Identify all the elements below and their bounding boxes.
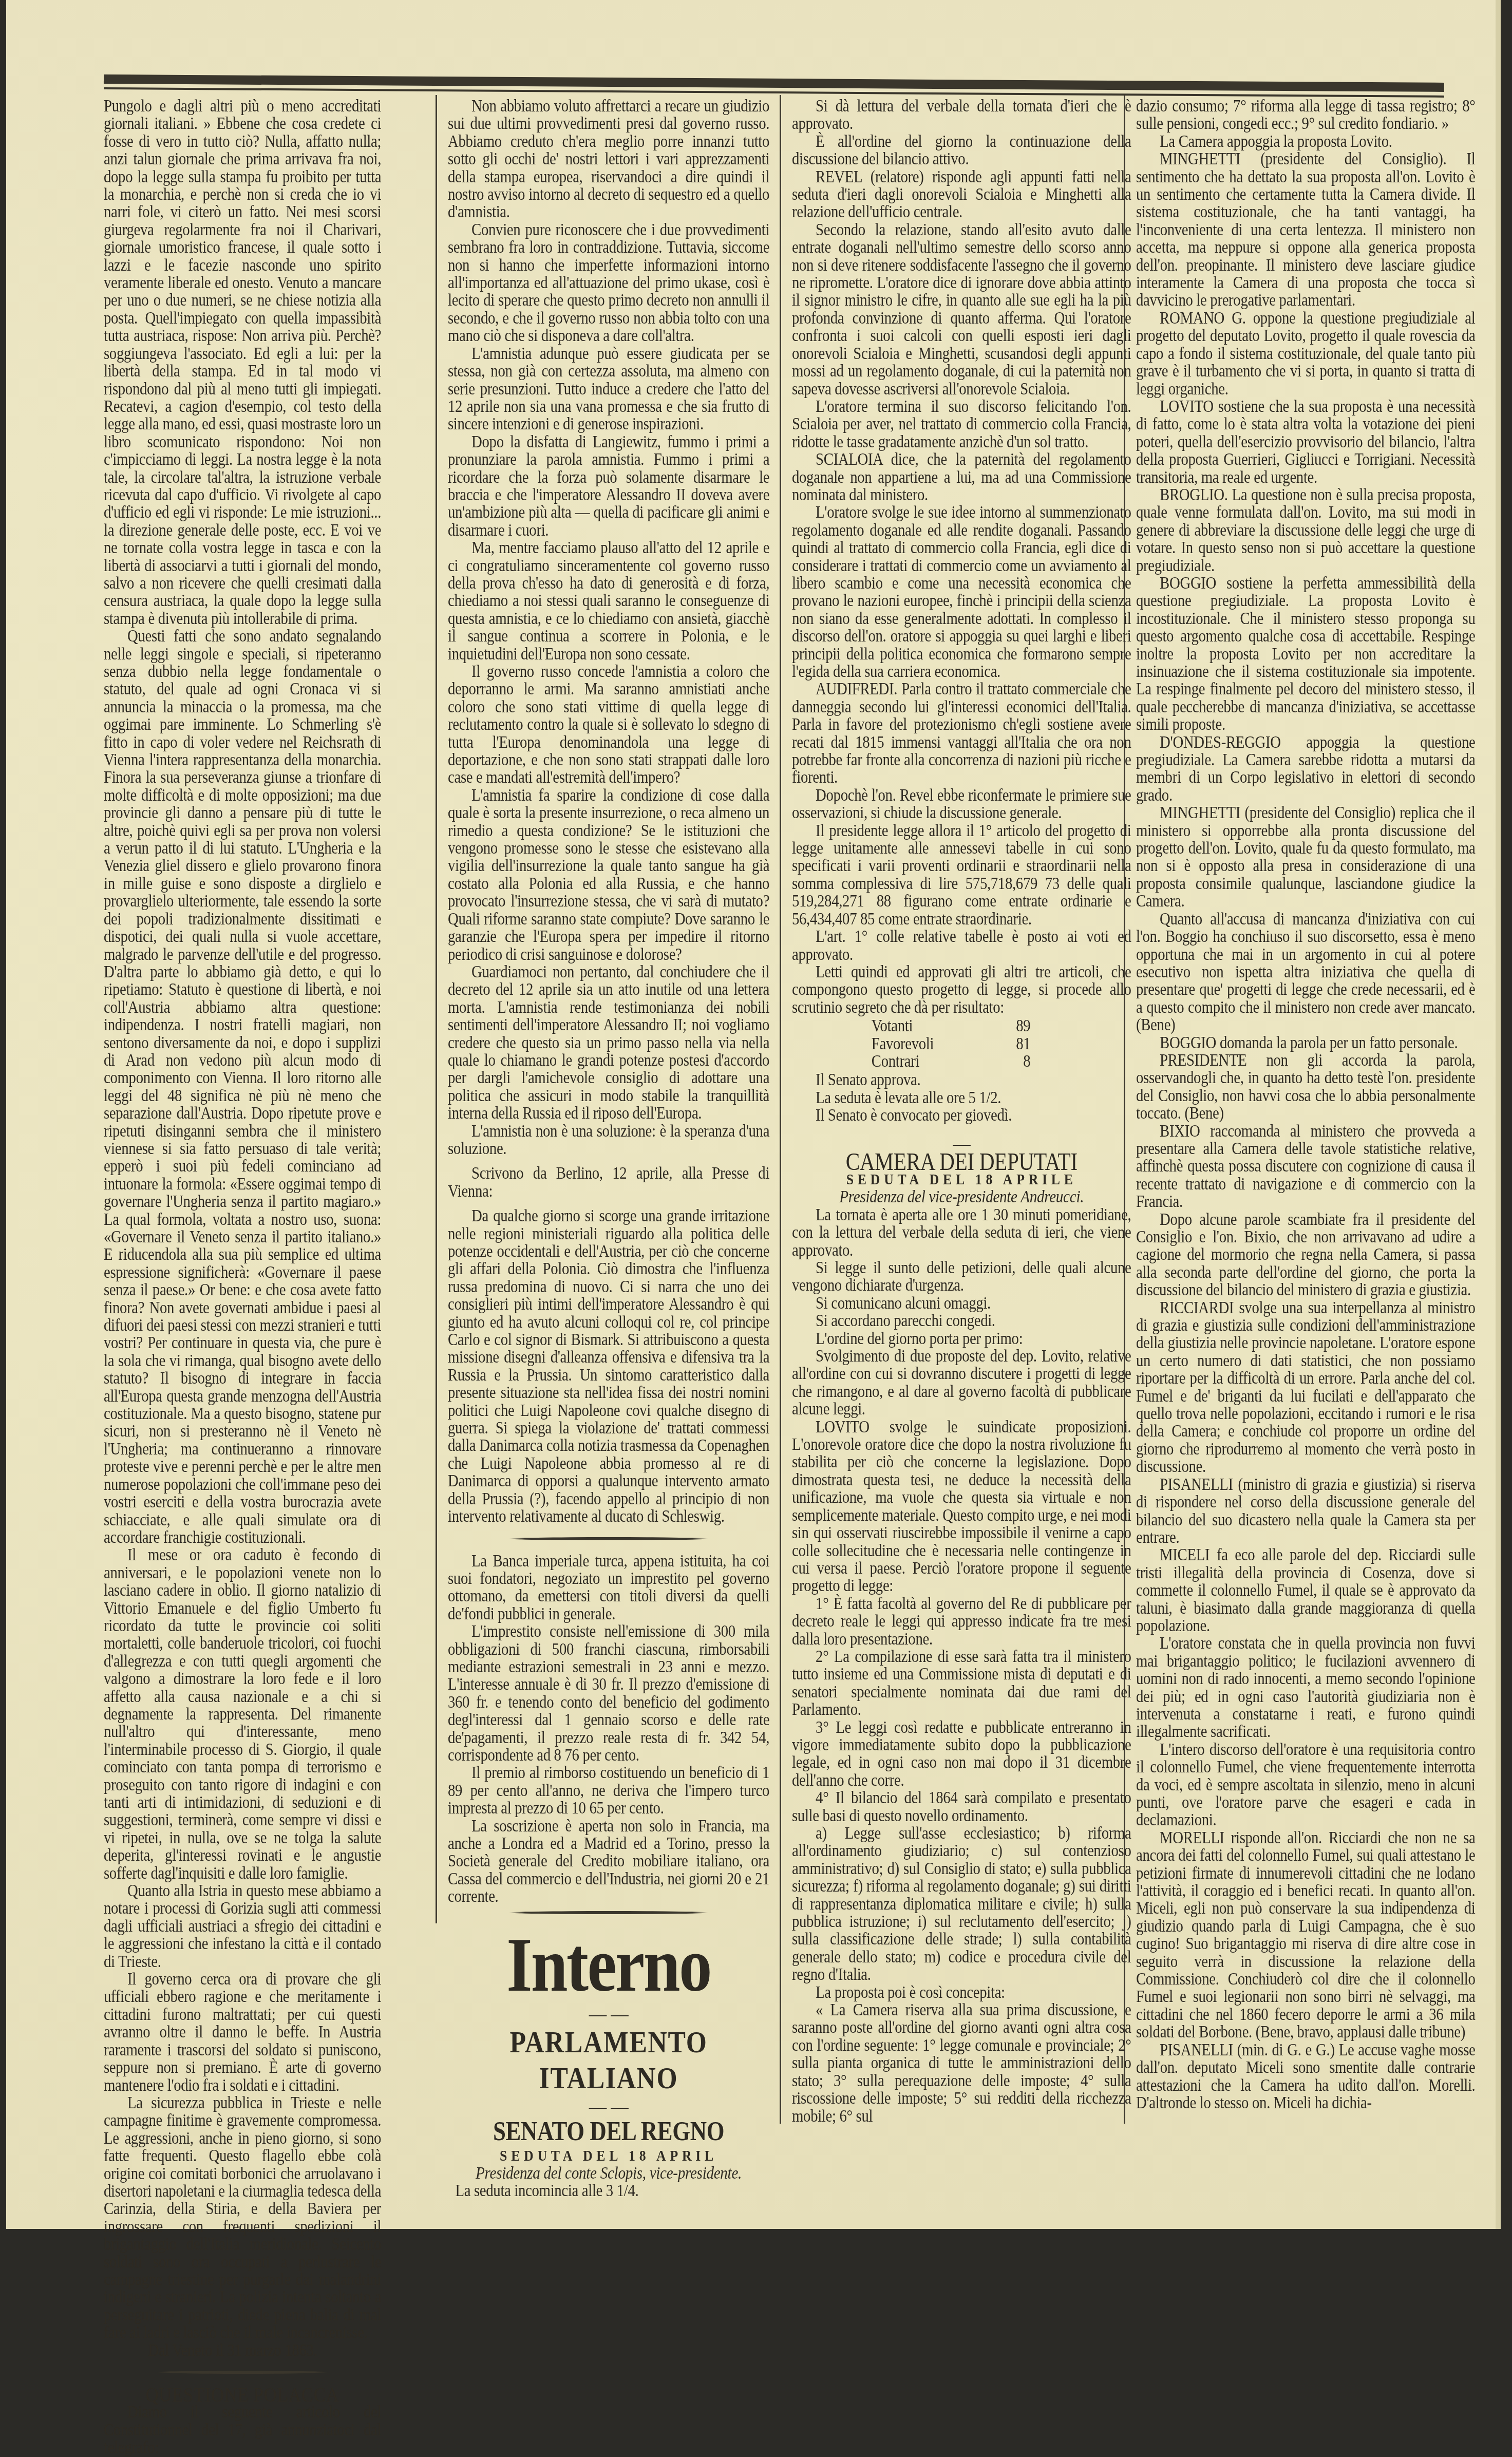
section-title-parlamento: PARLAMENTO ITALIANO (448, 2024, 769, 2096)
paragraph: SCIALOIA dice, che la paternità del rego… (792, 451, 1131, 504)
paragraph: Si comunicano alcuni omaggi. (792, 1295, 1131, 1312)
vote-value: 81 (1016, 1035, 1030, 1053)
paragraph: La soscrizione è aperta non solo in Fran… (448, 1818, 769, 1906)
vote-label: Favorevoli (872, 1035, 934, 1053)
paragraph: Pungolo e dagli altri più o meno accredi… (104, 98, 381, 628)
paragraph: L'amnistia fa sparire la condizione di c… (448, 787, 769, 963)
paragraph: BOGGIO sostiene la perfetta ammessibilit… (1136, 575, 1475, 734)
paragraph: La proposta poi è così concepita: (792, 1984, 1131, 2001)
camera-seduta-date: SEDUTA DEL 18 APRILE (792, 1171, 1131, 1188)
dash-ornament: — — (448, 2096, 769, 2116)
newspaper-page: Pungolo e dagli altri più o meno accredi… (6, 0, 1501, 2229)
paragraph: L'imprestito consiste nell'emissione di … (448, 1623, 769, 1764)
column-2: Non abbiamo voluto affrettarci a recare … (448, 98, 769, 1895)
paragraph: BROGLIO. La questione non è sulla precis… (1136, 486, 1475, 575)
paragraph: REVEL (relatore) risponde agli appunti f… (792, 168, 1131, 221)
paragraph: Convien pure riconoscere che i due provv… (448, 221, 769, 345)
vote-label: Votanti (872, 1017, 913, 1035)
paragraph: PISANELLI (ministro di grazia e giustizi… (1136, 1476, 1475, 1547)
paragraph: Il governo cerca ora di provare che gli … (104, 1971, 381, 2094)
paragraph: Il premio al rimborso costituendo un ben… (448, 1764, 769, 1817)
dash-ornament: — — (448, 2004, 769, 2024)
paragraph: 1° È fatta facoltà al governo del Re di … (792, 1595, 1131, 1648)
senato-start-time: La seduta incomincia alle 3 1/4. (448, 2182, 769, 2200)
column-1: Pungolo e dagli altri più o meno accredi… (104, 98, 381, 2229)
section-title-senato: SENATO DEL REGNO (448, 2116, 769, 2147)
paragraph: ROMANO G. oppone la questione pregiudizi… (1136, 310, 1475, 398)
paragraph: L'oratore termina il suo discorso felici… (792, 398, 1131, 451)
paragraph: L'amnistia non è una soluzione: è la spe… (448, 1123, 769, 1158)
vote-value: 89 (1016, 1017, 1030, 1035)
paragraph: Il presidente legge allora il 1° articol… (792, 822, 1131, 928)
paragraph: Il governo russo concede l'amnistia a co… (448, 663, 769, 787)
camera-presidenza: Presidenza del vice-presidente Andreucci… (792, 1188, 1131, 1206)
paragraph: Scrivono da Berlino, 12 aprile, alla Pre… (448, 1165, 769, 1200)
paragraph: LOVITO sostiene che la sua proposta è un… (1136, 398, 1475, 486)
paragraph: L'ordine del giorno porta per primo: (792, 1330, 1131, 1348)
paragraph: MINGHETTI (presidente del Consiglio) rep… (1136, 804, 1475, 910)
paragraph: PRESIDENTE non gli accorda la parola, os… (1136, 1052, 1475, 1123)
paragraph: L'intero discorso dell'oratore è una req… (1136, 1741, 1475, 1829)
paragraph: MORELLI risponde all'on. Ricciardi che n… (1136, 1829, 1475, 2042)
paragraph: Il Senato è convocato per giovedì. (792, 1107, 1131, 1124)
section-title-interno: Interno (448, 1926, 769, 2004)
paragraph: dazio consumo; 7° riforma alla legge di … (1136, 98, 1475, 133)
paragraph: La Camera appoggia la proposta Lovito. (1136, 133, 1475, 150)
paragraph: L'oratore svolge le sue idee intorno al … (792, 504, 1131, 681)
paragraph: MICELI fa eco alle parole del dep. Ricci… (1136, 1546, 1475, 1635)
vote-label: Contrari (872, 1053, 919, 1070)
paragraph: L'amnistia adunque può essere giudicata … (448, 345, 769, 433)
paragraph: BOGGIO domanda la parola per un fatto pe… (1136, 1034, 1475, 1052)
paragraph: 4° Il bilancio del 1864 sarà compilato e… (792, 1789, 1131, 1825)
paragraph: LOVITO svolge le suindicate proposizioni… (792, 1419, 1131, 1595)
paragraph: L'art. 1° colle relative tabelle è posto… (792, 928, 1131, 963)
paragraph: Si accordano parecchi congedi. (792, 1312, 1131, 1330)
paragraph: Quanto all'accusa di mancanza d'iniziati… (1136, 911, 1475, 1034)
column-divider (780, 95, 781, 2124)
paragraph: BIXIO raccomanda al ministero che provve… (1136, 1123, 1475, 1211)
paragraph: Quanto alla Istria in questo mese abbiam… (104, 1882, 381, 1971)
paragraph: PISANELLI (min. di G. e G.) Le accuse va… (1136, 2042, 1475, 2112)
paragraph: La sicurezza pubblica in Trieste e nelle… (104, 2094, 381, 2237)
paragraph: Il Senato approva. (792, 1071, 1131, 1089)
paragraph: 2° La compilazione di esse sarà fatta tr… (792, 1648, 1131, 1719)
paragraph: La Banca imperiale turca, appena istitui… (448, 1553, 769, 1623)
paragraph: Dopochè l'on. Revel ebbe riconfermate le… (792, 787, 1131, 822)
paragraph: Guardiamoci non pertanto, dal conchiuder… (448, 963, 769, 1123)
paragraph: Dopo la disfatta di Langiewitz, fummo i … (448, 433, 769, 539)
paragraph: D'ONDES-REGGIO appoggia la questione pre… (1136, 734, 1475, 805)
paragraph: Non abbiamo voluto affrettarci a recare … (448, 98, 769, 221)
paragraph: Il mese or ora caduto è fecondo di anniv… (104, 1546, 381, 1882)
paragraph: È all'ordine del giorno la continuazione… (792, 133, 1131, 168)
paragraph: 3° Le leggi così redatte e pubblicate en… (792, 1719, 1131, 1790)
paragraph: La seduta è levata alle ore 5 1/2. (792, 1089, 1131, 1107)
vote-value: 8 (1023, 1053, 1030, 1070)
paragraph: RICCIARDI svolge una sua interpellanza a… (1136, 1299, 1475, 1476)
paragraph: Si dà lettura del verbale della tornata … (792, 98, 1131, 133)
paragraph: AUDIFREDI. Parla contro il trattato comm… (792, 681, 1131, 786)
senato-presidenza: Presidenza del conte Sclopis, vice-presi… (448, 2165, 769, 2182)
paragraph: Secondo la relazione, stando all'esito a… (792, 221, 1131, 398)
paragraph: Dopo alcune parole scambiate fra il pres… (1136, 1211, 1475, 1299)
column-3: Si dà lettura del verbale della tornata … (792, 98, 1131, 2203)
vote-row: Contrari8 (872, 1053, 1031, 1070)
section-title-camera: CAMERA DEI DEPUTATI (792, 1154, 1131, 1171)
paragraph: Si legge il sunto delle petizioni, delle… (792, 1259, 1131, 1295)
senato-seduta-date: SEDUTA DEL 18 APRIL (448, 2147, 769, 2165)
paragraph: a) Legge sull'asse ecclesiastico; b) rif… (792, 1825, 1131, 1984)
paragraph: Ma, mentre facciamo plauso all'atto del … (448, 539, 769, 663)
paragraph: Letti quindi ed approvati gli altri tre … (792, 963, 1131, 1016)
paragraph: Da qualche giorno si scorge una grande i… (448, 1207, 769, 1525)
paragraph: « La Camera riserva alla sua prima discu… (792, 2001, 1131, 2125)
paragraph: Svolgimento di due proposte del dep. Lov… (792, 1348, 1131, 1419)
paragraph: La tornata è aperta alle ore 1 30 minuti… (792, 1206, 1131, 1259)
ornamental-separator (509, 1537, 708, 1540)
paragraph: L'oratore constata che in quella provinc… (1136, 1635, 1475, 1741)
paragraph: Questi fatti che sono andato segnalando … (104, 628, 381, 1546)
vote-results-table: Votanti89 Favorevoli81 Contrari8 (872, 1017, 1031, 1070)
ornamental-separator (509, 1911, 708, 1914)
vote-row: Favorevoli81 (872, 1035, 1031, 1053)
vote-row: Votanti89 (872, 1017, 1031, 1035)
column-4: dazio consumo; 7° riforma alla legge di … (1136, 98, 1475, 2203)
column-divider (436, 95, 437, 1923)
paragraph: MINGHETTI (presidente del Consiglio). Il… (1136, 150, 1475, 310)
